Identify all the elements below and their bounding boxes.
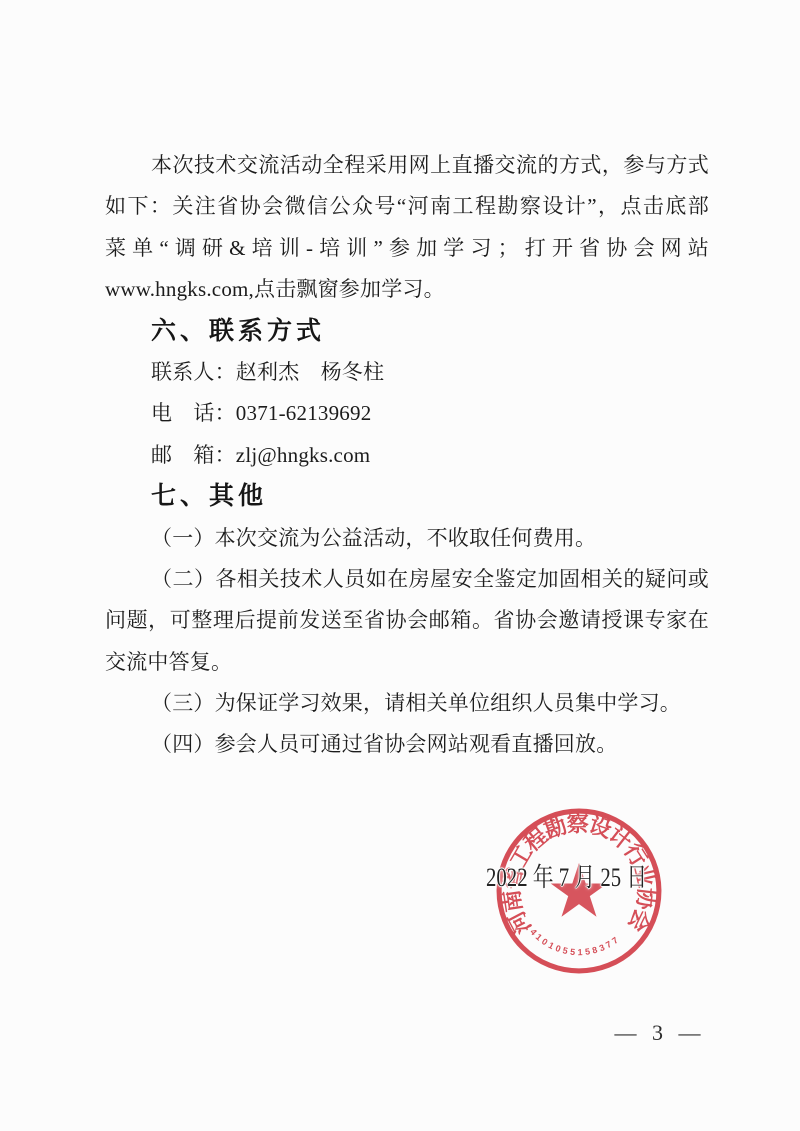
svg-text:0: 0 bbox=[554, 943, 562, 954]
section-heading-contact: 六、联系方式 bbox=[105, 311, 709, 352]
svg-text:5: 5 bbox=[570, 947, 576, 957]
section-heading-other: 七、其他 bbox=[105, 476, 709, 517]
contact-person-line: 联系人：赵利杰 杨冬柱 bbox=[105, 352, 709, 393]
body-line: （一）本次交流为公益活动，不收取任何费用。 bbox=[105, 518, 709, 559]
body-line: 本次技术交流活动全程采用网上直播交流的方式，参与方式 bbox=[105, 145, 709, 186]
body-line: 如下：关注省协会微信公众号“河南工程勘察设计”，点击底部 bbox=[105, 186, 709, 227]
page-number: — 3 — bbox=[610, 1020, 710, 1046]
svg-text:1: 1 bbox=[578, 947, 583, 957]
contact-email-line: 邮 箱：zlj@hngks.com bbox=[105, 435, 709, 476]
body-line-url: www.hngks.com,点击飘窗参加学习。 bbox=[105, 269, 709, 310]
contact-phone-line: 电 话：0371-62139692 bbox=[105, 393, 709, 434]
body-line: 交流中答复。 bbox=[105, 642, 709, 683]
body-line: （三）为保证学习效果，请相关单位组织人员集中学习。 bbox=[105, 683, 709, 724]
svg-text:察: 察 bbox=[567, 811, 590, 836]
svg-text:5: 5 bbox=[562, 945, 569, 956]
svg-text:5: 5 bbox=[584, 946, 590, 957]
body-line: 菜单“调研&培训-培训”参加学习；打开省协会网站 bbox=[105, 228, 709, 269]
seal-serial-number: 4101055158377 bbox=[528, 927, 620, 957]
document-body: 本次技术交流活动全程采用网上直播交流的方式，参与方式 如下：关注省协会微信公众号… bbox=[105, 145, 709, 766]
body-line: （二）各相关技术人员如在房屋安全鉴定加固相关的疑问或 bbox=[105, 559, 709, 600]
body-line: （四）参会人员可通过省协会网站观看直播回放。 bbox=[105, 724, 709, 765]
svg-text:8: 8 bbox=[591, 945, 598, 956]
body-line: 问题，可整理后提前发送至省协会邮箱。省协会邀请授课专家在 bbox=[105, 600, 709, 641]
scanned-document-page: { "page": { "page_number": "— 3 —", "bac… bbox=[0, 0, 800, 1131]
document-date: 2022 年 7 月 25 日 bbox=[486, 857, 647, 894]
svg-text:7: 7 bbox=[610, 935, 620, 946]
